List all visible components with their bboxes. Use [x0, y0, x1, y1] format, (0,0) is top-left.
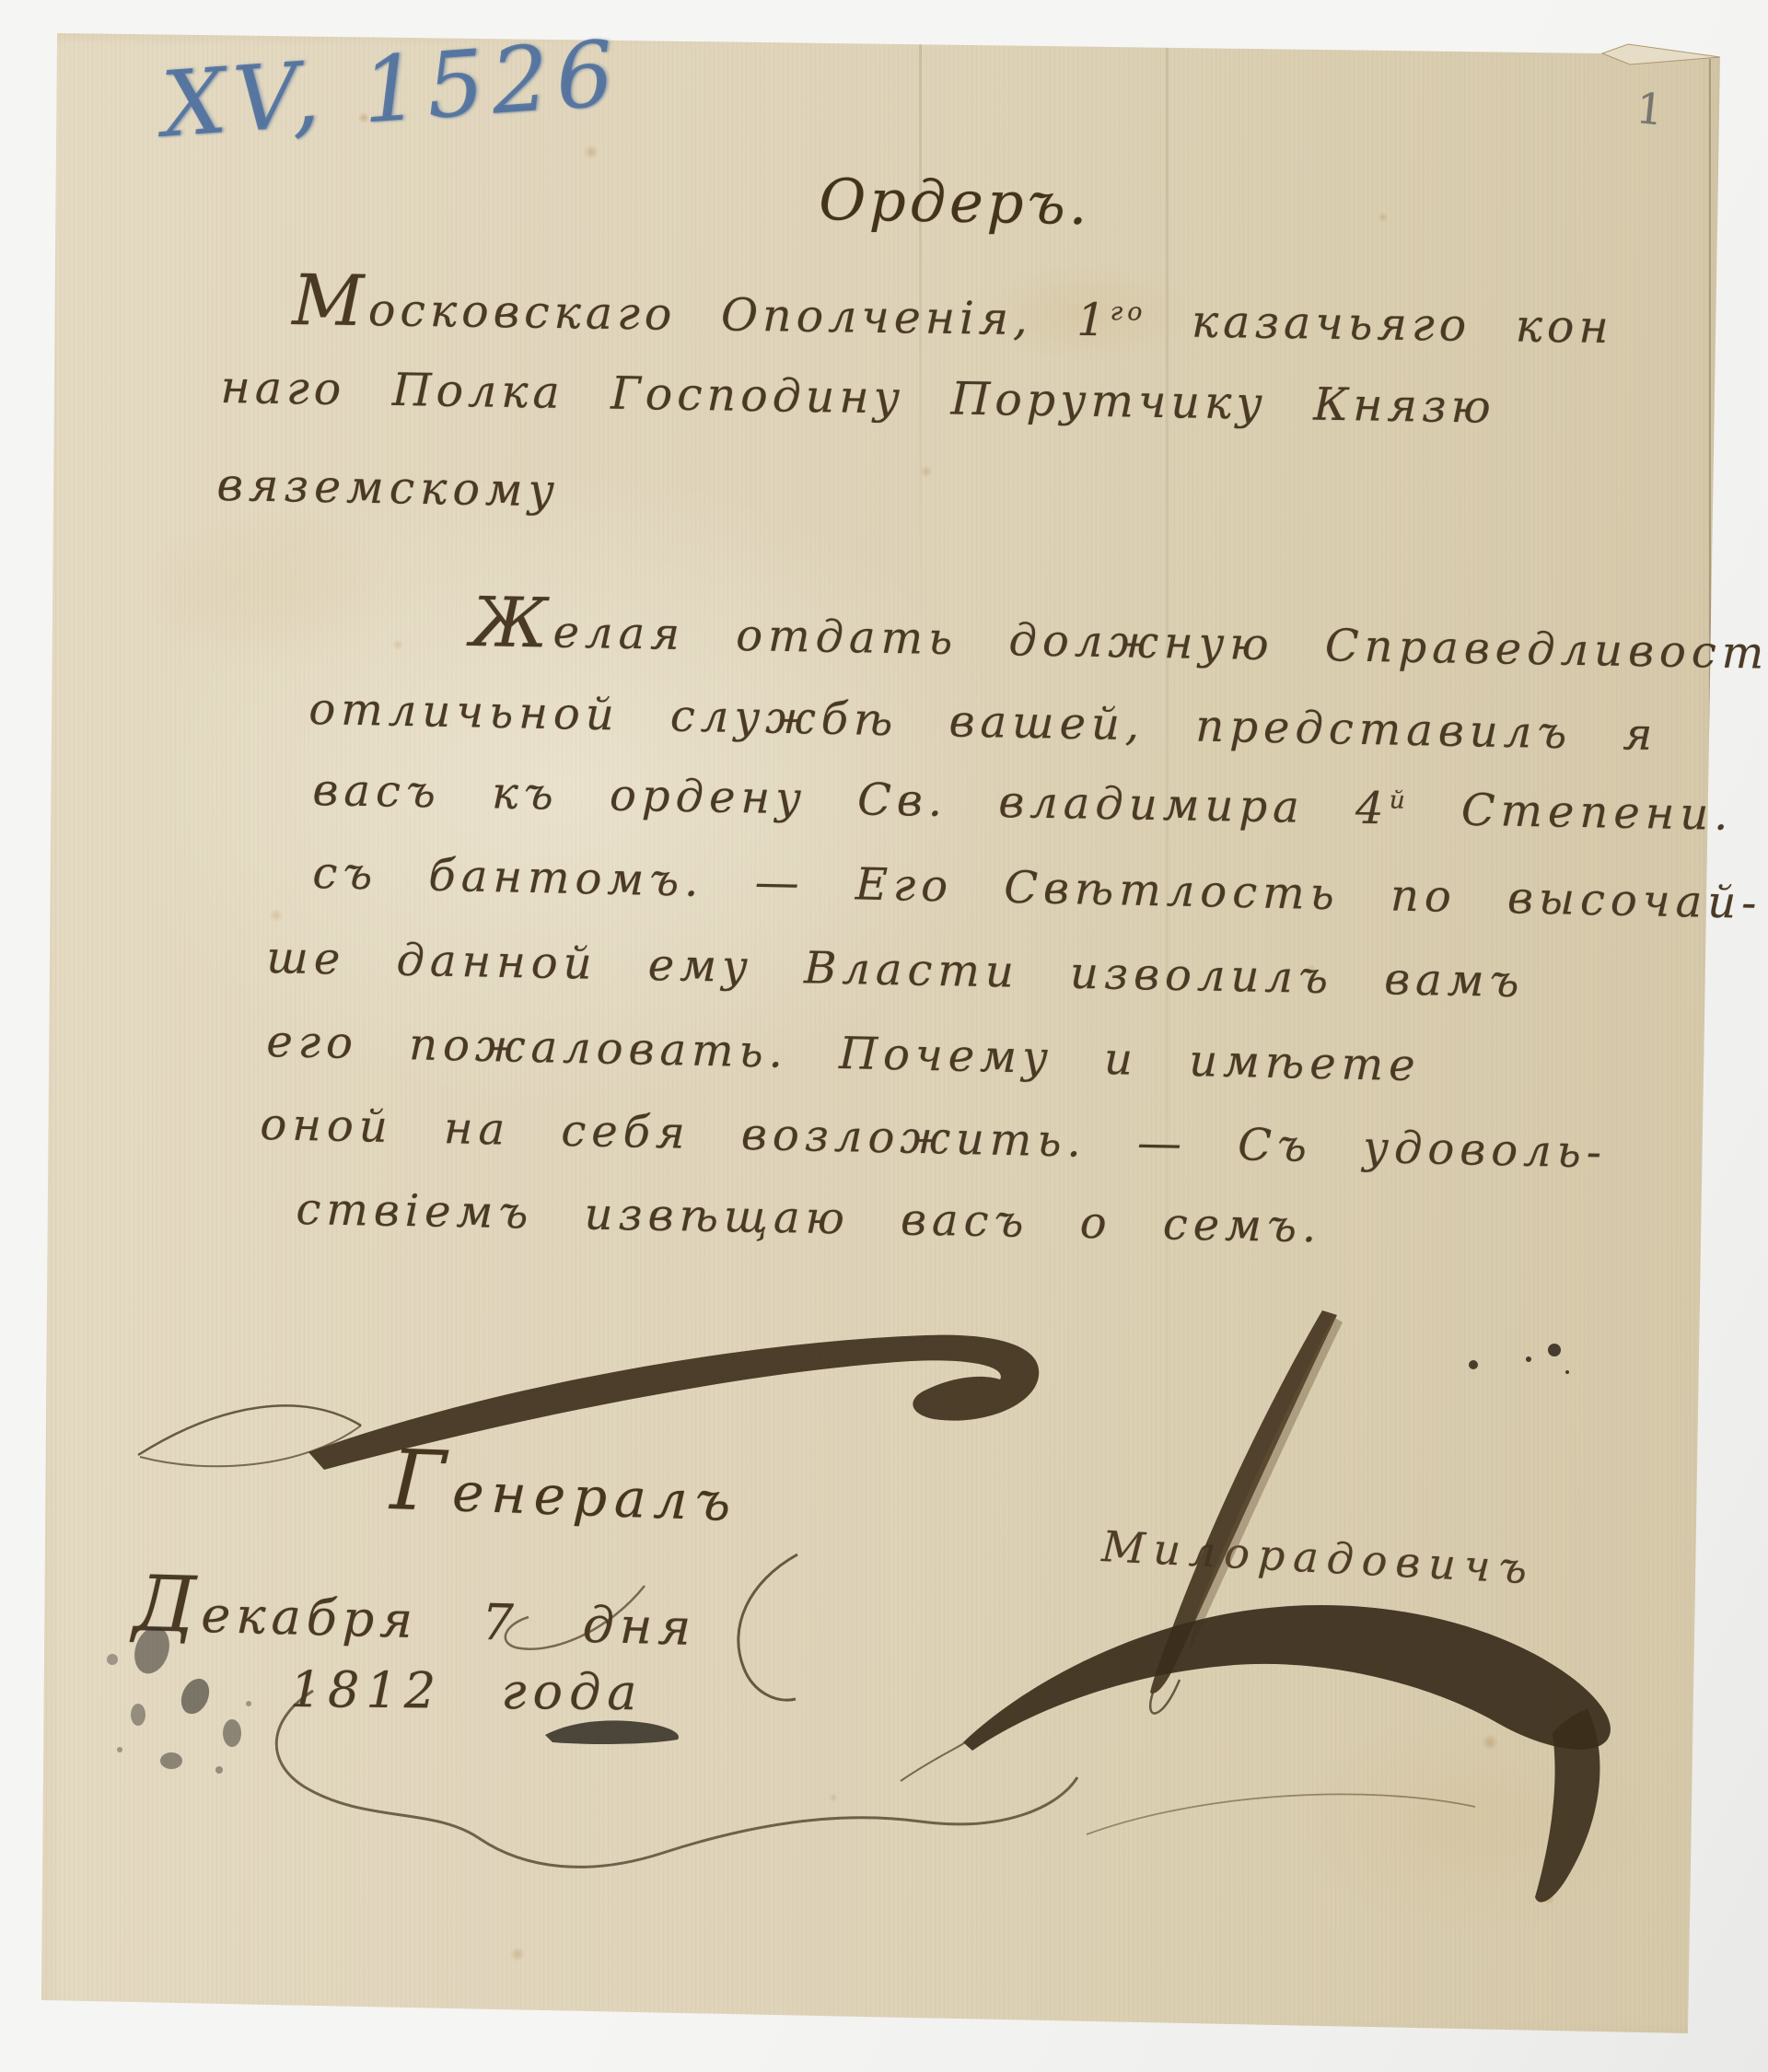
paper-edge-line: [1709, 59, 1711, 2020]
address-line-1-superscript: го: [1110, 297, 1146, 327]
address-line-1-tail: казачьяго кон: [1146, 295, 1613, 354]
address-line-1-text: Московскаго Ополченія, 1: [292, 283, 1111, 346]
manuscript-scan: XV, 1526 1 Ордеръ. Московскаго Ополченія…: [0, 0, 1768, 2072]
folio-number-pencil: 1: [1634, 83, 1666, 135]
document-title: Ордеръ.: [819, 166, 1091, 238]
address-line-3: вяземскому: [216, 459, 561, 517]
body-line-3-tail: Степени.: [1410, 784, 1734, 841]
body-line-3-superscript: й: [1389, 786, 1411, 814]
signature-rank: Генералъ: [389, 1433, 739, 1541]
date-line-day: Декабря 7 дня: [132, 1558, 697, 1663]
date-line-year: 1812 года: [289, 1660, 643, 1721]
